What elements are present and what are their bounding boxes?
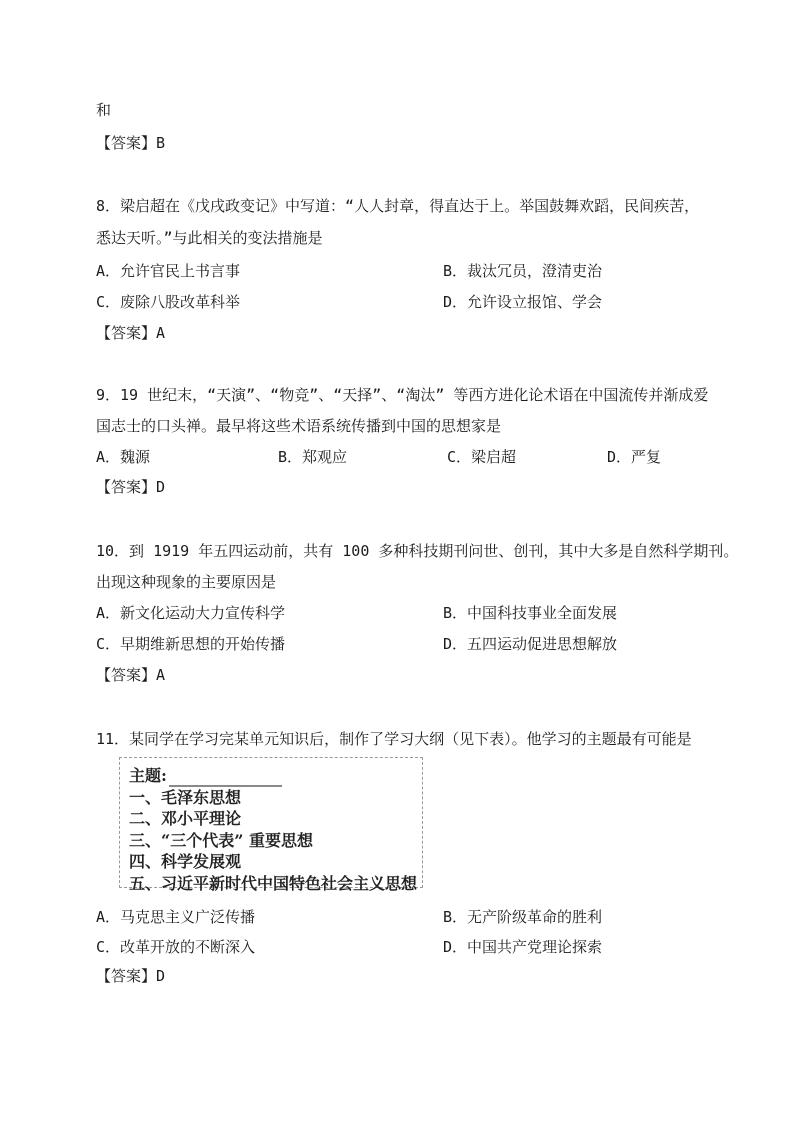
question-9-option-c: C．梁启超 bbox=[447, 448, 516, 466]
outline-item-3: 三、“三个代表” 重要思想 bbox=[129, 830, 422, 852]
topic-blank-underline bbox=[169, 768, 282, 787]
question-8-option-c: C．废除八股改革科举 bbox=[96, 293, 240, 311]
carryover-text: 和 bbox=[96, 101, 111, 119]
question-8-option-d: D．允许设立报馆、学会 bbox=[443, 293, 602, 311]
question-10-option-d: D．五四运动促进思想解放 bbox=[443, 635, 617, 653]
question-8-option-a: A．允许官民上书言事 bbox=[96, 262, 240, 280]
question-11-option-d: D．中国共产党理论探索 bbox=[443, 938, 602, 956]
question-11-option-c: C．改革开放的不断深入 bbox=[96, 938, 255, 956]
question-10-option-a: A．新文化运动大力宣传科学 bbox=[96, 604, 285, 622]
question-11-stem-line-1: 11．某同学在学习完某单元知识后，制作了学习大纲（见下表）。他学习的主题最有可能… bbox=[96, 730, 692, 748]
question-9-option-a: A．魏源 bbox=[96, 448, 150, 466]
question-10-stem-line-1: 10．到 1919 年五四运动前，共有 100 多种科技期刊问世、创刊，其中大多… bbox=[96, 542, 738, 560]
exam-page: 和 【答案】B 8．梁启超在《戊戌政变记》中写道：“人人封章，得直达于上。举国鼓… bbox=[0, 0, 794, 1123]
answer-line-q9: 【答案】D bbox=[96, 478, 165, 496]
question-10-option-c: C．早期维新思想的开始传播 bbox=[96, 635, 285, 653]
question-10-option-b: B．中国科技事业全面发展 bbox=[443, 604, 617, 622]
outline-item-2: 二、邓小平理论 bbox=[129, 808, 422, 830]
question-9-stem-line-1: 9．19 世纪末，“天演”、“物竞”、“天择”、“淘汰” 等西方进化论术语在中国… bbox=[96, 386, 708, 404]
outline-item-5: 五、习近平新时代中国特色社会主义思想 bbox=[129, 873, 422, 895]
question-10-stem-line-2: 出现这种现象的主要原因是 bbox=[96, 573, 276, 591]
question-11-option-a: A．马克思主义广泛传播 bbox=[96, 908, 255, 926]
answer-line-q10: 【答案】A bbox=[96, 666, 165, 684]
answer-line-q11: 【答案】D bbox=[96, 967, 165, 985]
outline-topic-row: 主题: bbox=[129, 765, 422, 787]
answer-line-q8: 【答案】A bbox=[96, 324, 165, 342]
question-9-option-d: D．严复 bbox=[607, 448, 661, 466]
question-9-stem-line-2: 国志士的口头禅。最早将这些术语系统传播到中国的思想家是 bbox=[96, 417, 501, 435]
outline-topic-label: 主题: bbox=[129, 765, 167, 787]
answer-line-q7: 【答案】B bbox=[96, 134, 165, 152]
outline-item-4: 四、科学发展观 bbox=[129, 851, 422, 873]
question-9-option-b: B．郑观应 bbox=[278, 448, 347, 466]
question-8-stem-line-2: 悉达天听。”与此相关的变法措施是 bbox=[96, 229, 323, 247]
question-8-option-b: B．裁汰冗员，澄清吏治 bbox=[443, 262, 602, 280]
study-outline-box: 主题: 一、毛泽东思想 二、邓小平理论 三、“三个代表” 重要思想 四、科学发展… bbox=[119, 757, 423, 888]
outline-item-1: 一、毛泽东思想 bbox=[129, 787, 422, 809]
question-8-stem-line-1: 8．梁启超在《戊戌政变记》中写道：“人人封章，得直达于上。举国鼓舞欢蹈，民间疾苦… bbox=[96, 197, 699, 215]
question-11-option-b: B．无产阶级革命的胜利 bbox=[443, 908, 602, 926]
